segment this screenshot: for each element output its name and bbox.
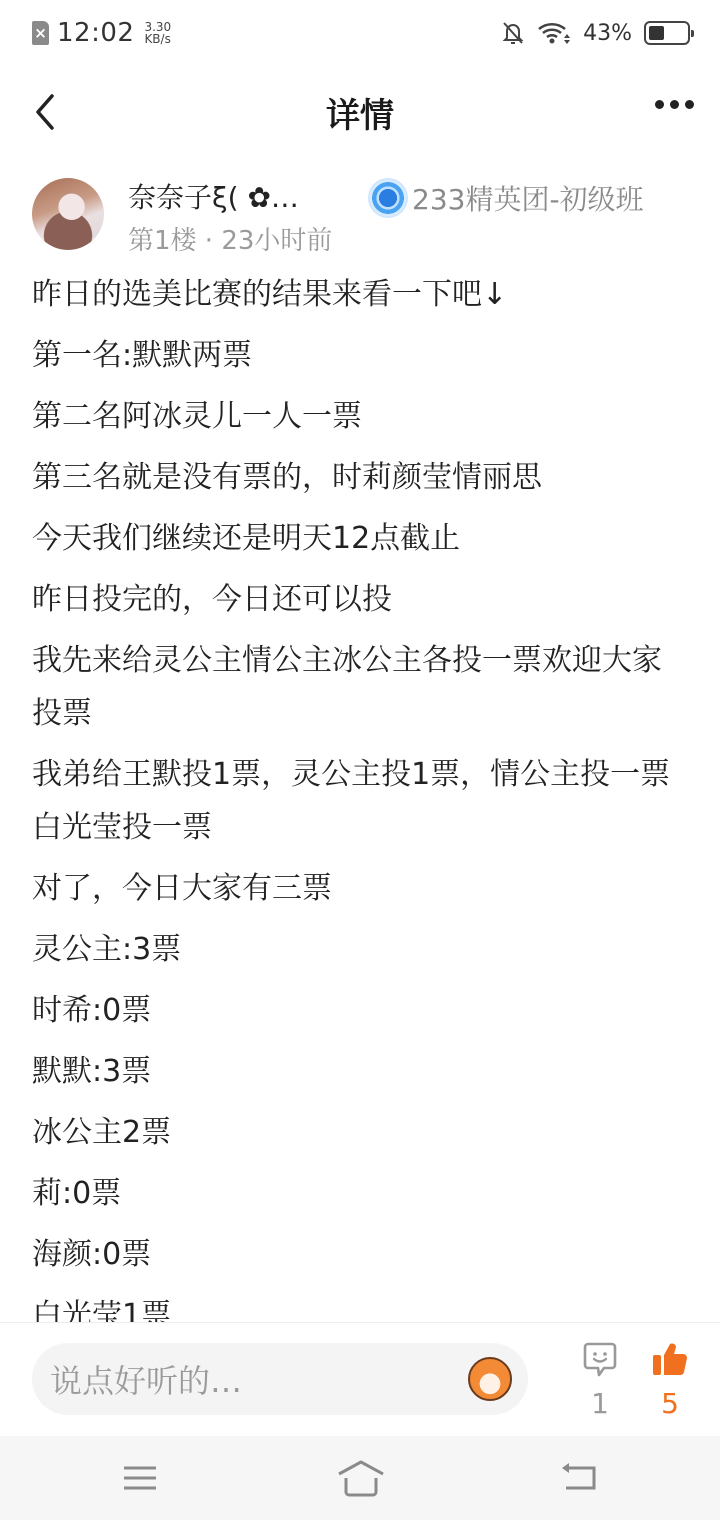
comment-placeholder: 说点好听的… [50,1356,242,1402]
comment-button[interactable]: 1 [578,1341,622,1420]
system-nav-bar [0,1436,720,1520]
battery-percent: 43% [583,21,632,46]
post-line: 海颜:0票 [32,1228,688,1281]
more-dots-icon [685,100,694,109]
post-line: 冰公主2票 [32,1106,688,1159]
post-line: 我弟给王默投1票，灵公主投1票，情公主投一票白光莹投一票 [32,748,688,854]
sim-missing-icon: × [32,21,49,45]
comment-bar: 说点好听的… 1 5 [0,1322,720,1436]
clock: 12:02 [57,18,134,48]
net-speed-unit: KB/s [144,33,171,45]
post-line: 我先来给灵公主情公主冰公主各投一票欢迎大家投票 [32,634,688,740]
menu-icon [122,1460,158,1496]
battery-level [649,26,664,40]
post-line: 昨日的选美比赛的结果来看一下吧↓ [32,268,688,321]
post-body: 昨日的选美比赛的结果来看一下吧↓ 第一名:默默两票 第二名阿冰灵儿一人一票 第三… [32,268,688,1322]
post-line: 时希:0票 [32,984,688,1037]
status-right: 43% [501,20,690,46]
more-dots-icon [670,100,679,109]
back-icon [560,1460,600,1496]
post-line: 默默:3票 [32,1045,688,1098]
back-nav-button[interactable] [560,1460,604,1500]
post-line: 灵公主:3票 [32,923,688,976]
post-line: 第一名:默默两票 [32,329,688,382]
wifi-icon [537,21,571,45]
post-line: 今天我们继续还是明天12点截止 [32,512,688,565]
status-bar: × 12:02 3.30 KB/s 43% [0,0,720,66]
post-line: 莉:0票 [32,1167,688,1220]
status-left: × 12:02 3.30 KB/s [32,18,171,48]
like-button[interactable]: 5 [648,1341,692,1420]
post-line: 昨日投完的，今日还可以投 [32,573,688,626]
home-button[interactable] [336,1460,386,1500]
author-name[interactable]: 奈奈子ξ( ✿… [128,176,299,216]
like-count: 5 [648,1387,692,1420]
comment-input[interactable]: 说点好听的… [32,1343,528,1415]
battery-icon [644,21,690,45]
menu-button[interactable] [122,1460,166,1500]
group-badge[interactable]: 233精英团-初级班 [370,178,644,218]
screen: × 12:02 3.30 KB/s 43% [0,0,720,1520]
comment-count: 1 [578,1387,622,1420]
rank-gem-icon [370,180,406,216]
post-header: 奈奈子ξ( ✿… 233精英团-初级班 第1楼 · 23小时前 [32,172,692,258]
bell-muted-icon [501,20,525,46]
badge-text: 233精英团-初级班 [412,178,644,218]
more-dots-icon [655,100,664,109]
post-meta: 第1楼 · 23小时前 [128,220,332,257]
post-line: 白光莹1票 [32,1289,688,1322]
post-line: 第二名阿冰灵儿一人一票 [32,390,688,443]
more-button[interactable] [655,100,694,109]
post-line: 对了，今日大家有三票 [32,862,688,915]
thumbs-up-icon [651,1341,689,1379]
network-speed: 3.30 KB/s [144,21,171,45]
post-line: 第三名就是没有票的，时莉颜莹情丽思 [32,451,688,504]
home-icon [336,1460,386,1500]
nav-bar: 详情 [0,66,720,158]
back-button[interactable] [30,92,70,132]
page-title: 详情 [326,88,394,137]
comment-smile-icon [582,1341,618,1379]
avatar[interactable] [32,178,104,250]
mascot-emoji-icon[interactable] [468,1357,512,1401]
chevron-left-icon [30,92,70,132]
